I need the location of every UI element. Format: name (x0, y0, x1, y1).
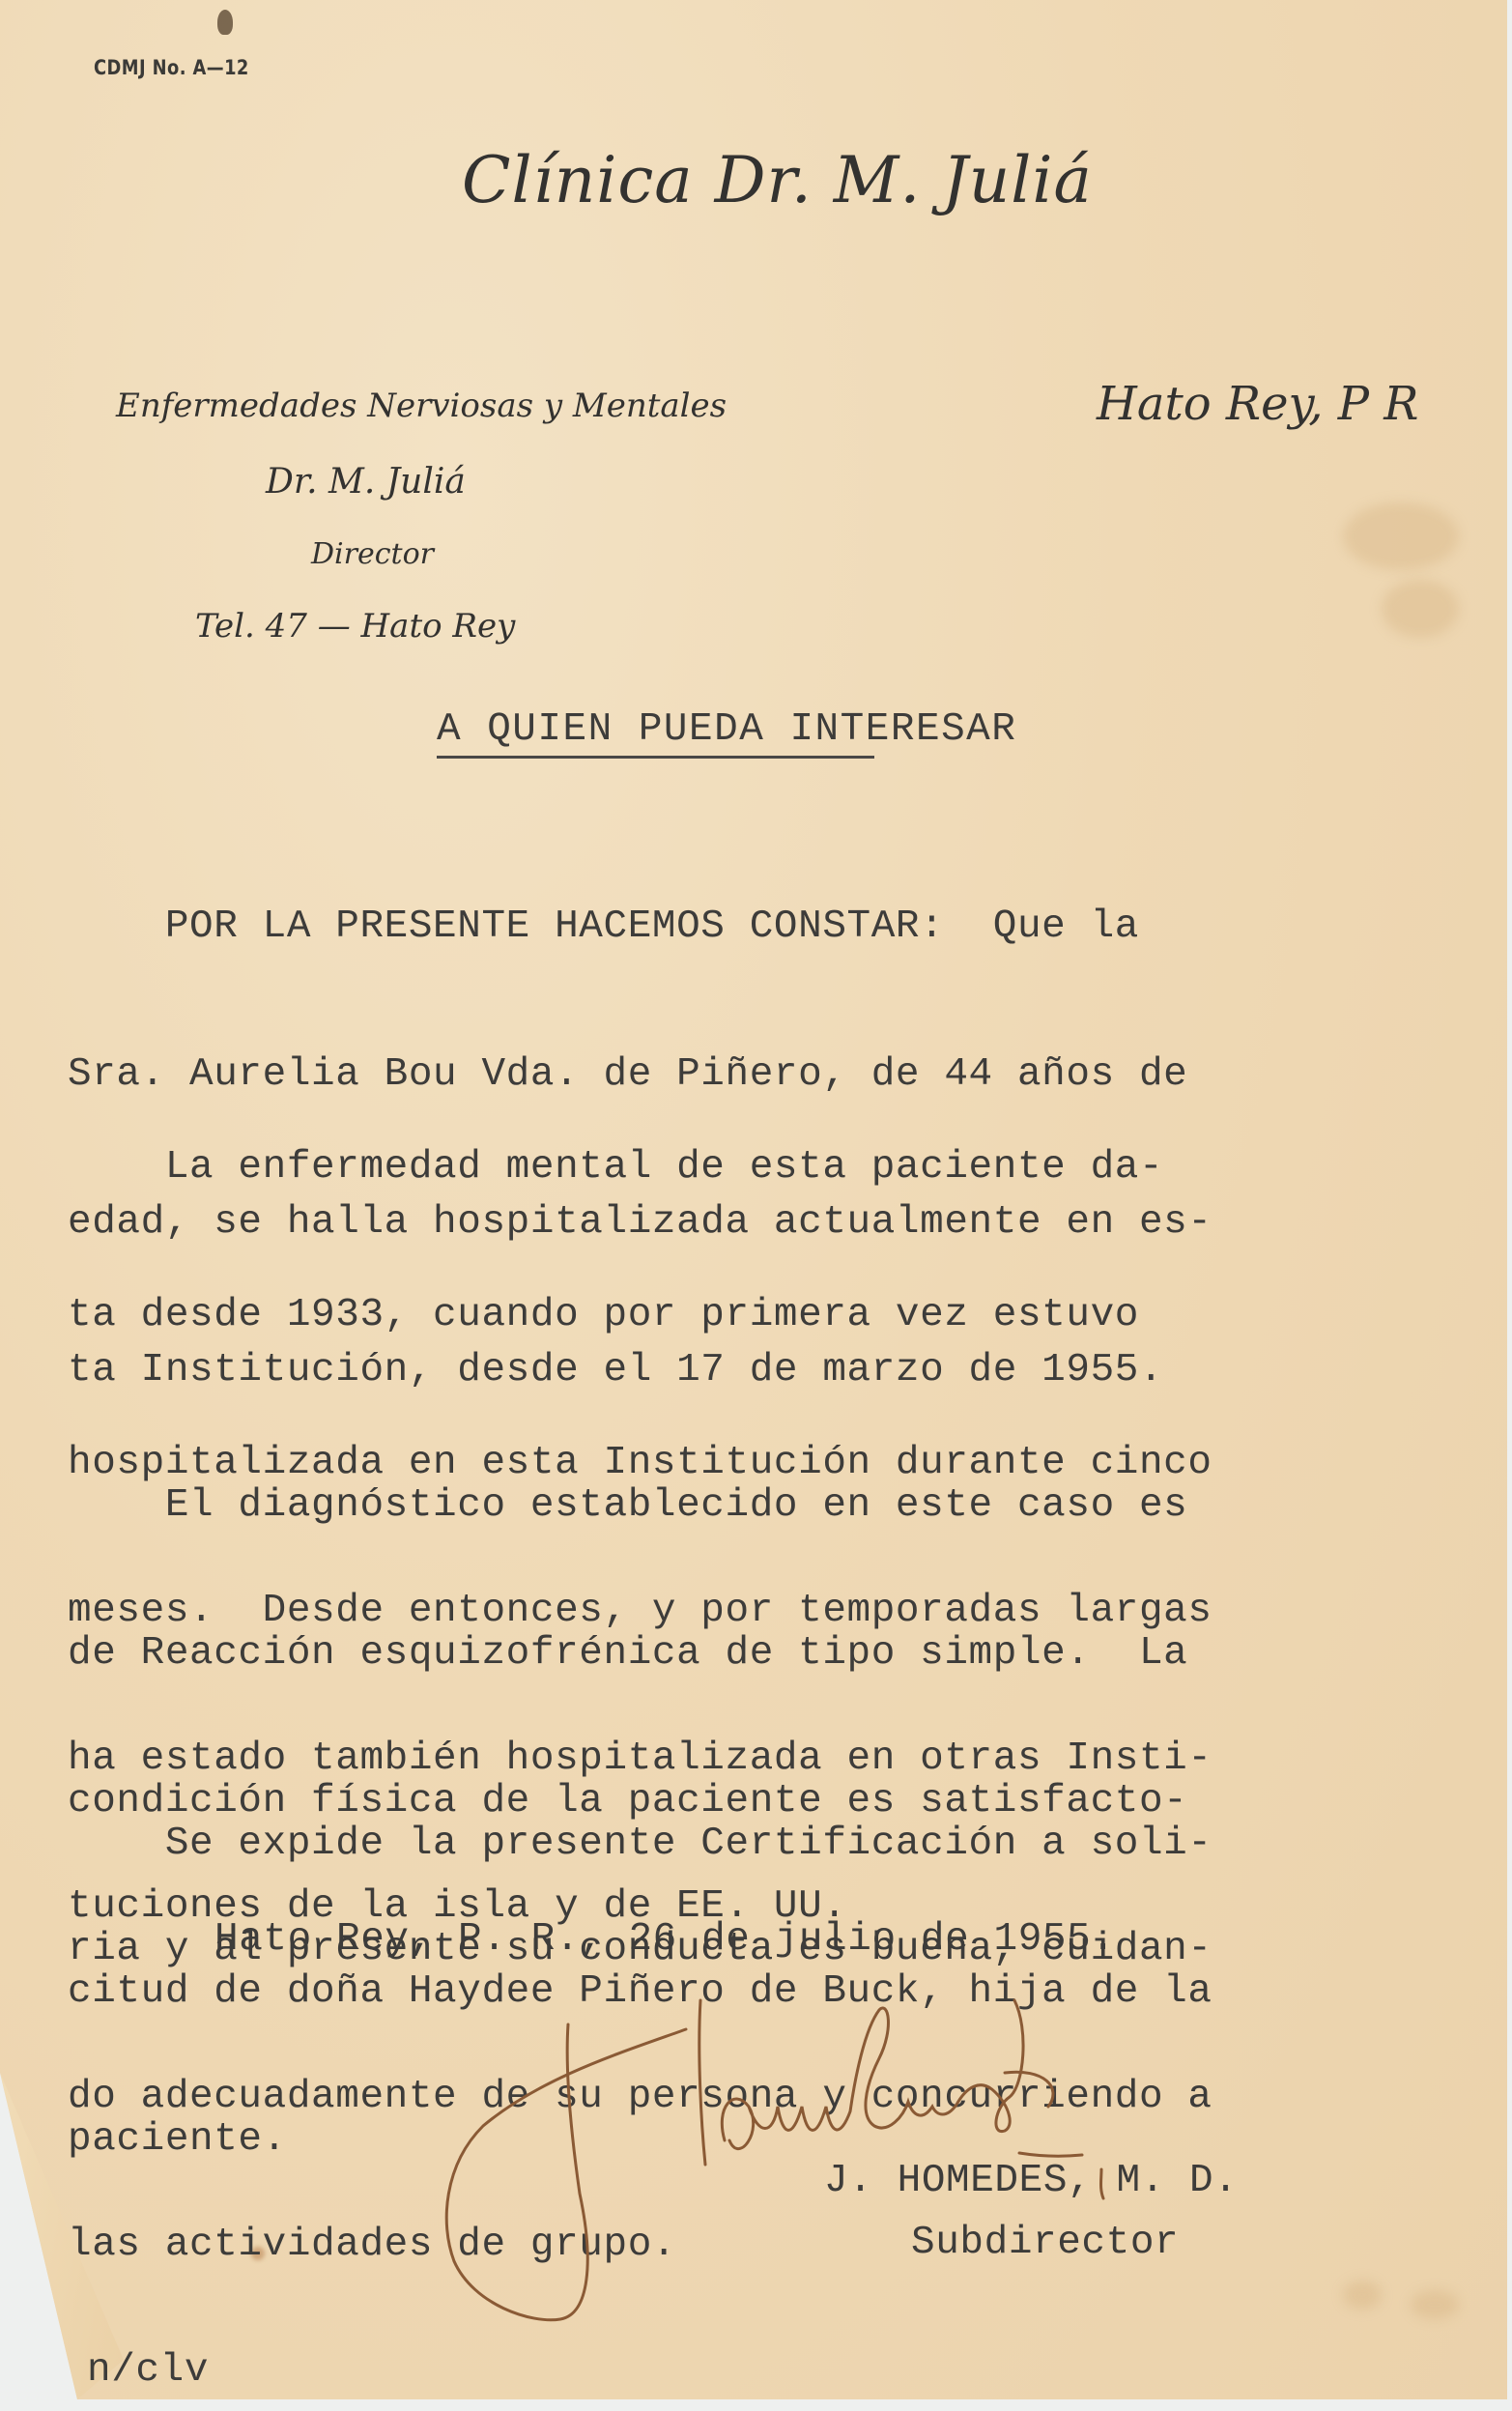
letterhead-telephone: Tel. 47 — Hato Rey (195, 607, 515, 646)
paragraph-line: La enfermedad mental de esta paciente da… (68, 1143, 1212, 1192)
paragraph-line: ta desde 1933, cuando por primera vez es… (68, 1291, 1212, 1340)
heading-underline (437, 756, 874, 759)
paper-stain (1343, 502, 1459, 570)
signer-title: Subdirector (911, 2219, 1179, 2268)
paragraph-line: El diagnóstico establecido en este caso … (68, 1481, 1212, 1531)
signer-name: J. HOMEDES, M. D. (824, 2157, 1238, 2206)
letter-heading: A QUIEN PUEDA INTERESAR (437, 705, 1016, 755)
paragraph-line: de Reacción esquizofrénica de tipo simpl… (68, 1629, 1212, 1679)
form-code-stamp: CDMJ No. A—12 (94, 56, 249, 79)
clinic-name: Clínica Dr. M. Juliá (462, 143, 1093, 217)
date-line: Hato Rey, P. R., 26 de julio de 1955. (214, 1915, 1116, 1965)
letterhead-doctor: Dr. M. Juliá (266, 462, 466, 502)
letterhead-city: Hato Rey, P R (1097, 377, 1418, 431)
handwritten-signature (425, 1971, 1507, 2339)
paper-stain (1382, 580, 1459, 638)
ink-smudge (217, 10, 233, 35)
letterhead-doctor-title: Director (311, 537, 434, 571)
paragraph-line: POR LA PRESENTE HACEMOS CONSTAR: Que la (68, 903, 1212, 952)
paragraph-line: Se expide la presente Certificación a so… (68, 1820, 1212, 1869)
letterhead-department: Enfermedades Nerviosas y Mentales (116, 387, 727, 425)
reference-initials: n/clv (87, 2346, 209, 2396)
